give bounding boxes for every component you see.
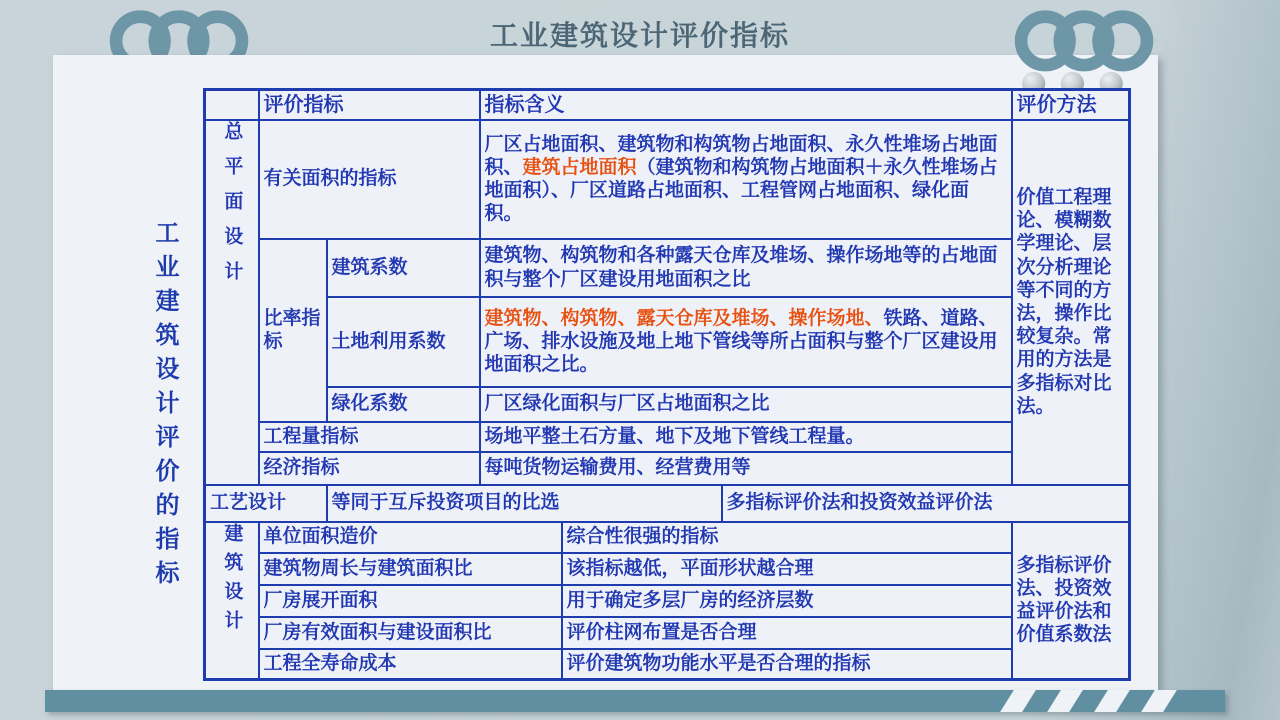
bar-stripe — [1092, 690, 1133, 712]
cell-building-row-indicator: 工程全寿命成本 — [259, 649, 562, 680]
section-label-site-planning: 总平面设计 — [205, 120, 259, 485]
table-row: 厂房展开面积 用于确定多层厂房的经济层数 — [205, 585, 1130, 617]
cell-building-row-indicator: 厂房展开面积 — [259, 585, 562, 617]
cell-ratio-label: 比率指标 — [259, 239, 327, 422]
table-row: 建筑物周长与建筑面积比 该指标越低，平面形状越合理 — [205, 553, 1130, 585]
cell-process-meaning: 等同于互斥投资项目的比选 — [327, 485, 722, 522]
cell-land-use-meaning: 建筑物、构筑物、露天仓库及堆场、操作场地、铁路、道路、广场、排水设施及地上地下管… — [480, 297, 1012, 387]
cell-building-row-meaning: 评价柱网布置是否合理 — [562, 617, 1012, 649]
section-label-building-design: 建筑设计 — [205, 522, 259, 680]
slide: 工业建筑设计评价指标 工业建筑设计评价的指标 — [0, 0, 1280, 720]
cell-building-row-indicator: 建筑物周长与建筑面积比 — [259, 553, 562, 585]
cell-area-indicator: 有关面积的指标 — [259, 120, 480, 239]
cell-area-meaning: 厂区占地面积、建筑物和构筑物占地面积、永久性堆场占地面积、建筑占地面积（建筑物和… — [480, 120, 1012, 239]
table-row: 工艺设计 等同于互斥投资项目的比选 多指标评价法和投资效益评价法 — [205, 485, 1130, 522]
cell-greening-meaning: 厂区绿化面积与厂区占地面积之比 — [480, 387, 1012, 422]
cell-economic-meaning: 每吨货物运输费用、经营费用等 — [480, 452, 1012, 485]
table-row: 土地利用系数 建筑物、构筑物、露天仓库及堆场、操作场地、铁路、道路、广场、排水设… — [205, 297, 1130, 387]
table-row: 工程量指标 场地平整土石方量、地下及地下管线工程量。 — [205, 422, 1130, 452]
bottom-accent-bar — [45, 690, 1225, 712]
bar-stripe — [1139, 690, 1180, 712]
cell-building-row-meaning: 用于确定多层厂房的经济层数 — [562, 585, 1012, 617]
side-vertical-label: 工业建筑设计评价的指标 — [152, 220, 176, 594]
cell-building-row-meaning: 评价建筑物功能水平是否合理的指标 — [562, 649, 1012, 680]
cell-building-row-meaning: 综合性很强的指标 — [562, 522, 1012, 553]
table-header-row: 评价指标 指标含义 评价方法 — [205, 90, 1130, 120]
area-meaning-highlight: 建筑占地面积 — [523, 157, 637, 178]
cell-building-row-indicator: 厂房有效面积与建设面积比 — [259, 617, 562, 649]
bar-stripe — [998, 690, 1039, 712]
evaluation-table: 评价指标 指标含义 评价方法 总平面设计 有关面积的指标 厂区占地面积、建筑物和… — [203, 88, 1131, 681]
cell-site-method: 价值工程理论、模糊数学理论、层次分析理论等不同的方法，操作比较复杂。常用的方法是… — [1012, 120, 1130, 485]
header-meaning: 指标含义 — [480, 90, 1012, 120]
bar-stripe — [1045, 690, 1086, 712]
cell-building-coefficient-meaning: 建筑物、构筑物和各种露天仓库及堆场、操作场地等的占地面积与整个厂区建设用地面积之… — [480, 239, 1012, 297]
cell-economic-indicator: 经济指标 — [259, 452, 480, 485]
table-row: 总平面设计 有关面积的指标 厂区占地面积、建筑物和构筑物占地面积、永久性堆场占地… — [205, 120, 1130, 239]
section-label-process-design: 工艺设计 — [205, 485, 327, 522]
evaluation-table-wrap: 评价指标 指标含义 评价方法 总平面设计 有关面积的指标 厂区占地面积、建筑物和… — [203, 88, 1131, 681]
cell-building-method: 多指标评价法、投资效益评价法和价值系数法 — [1012, 522, 1130, 680]
table-row: 厂房有效面积与建设面积比 评价柱网布置是否合理 — [205, 617, 1130, 649]
header-indicator: 评价指标 — [259, 90, 480, 120]
header-corner-cell — [205, 90, 259, 120]
cell-process-method: 多指标评价法和投资效益评价法 — [722, 485, 1130, 522]
binder-rings-icon — [1012, 8, 1158, 100]
cell-quantity-indicator: 工程量指标 — [259, 422, 480, 452]
table-row: 比率指标 建筑系数 建筑物、构筑物和各种露天仓库及堆场、操作场地等的占地面积与整… — [205, 239, 1130, 297]
cell-building-row-indicator: 单位面积造价 — [259, 522, 562, 553]
cell-greening-indicator: 绿化系数 — [327, 387, 480, 422]
table-row: 建筑设计 单位面积造价 综合性很强的指标 多指标评价法、投资效益评价法和价值系数… — [205, 522, 1130, 553]
cell-building-coefficient-indicator: 建筑系数 — [327, 239, 480, 297]
cell-land-use-indicator: 土地利用系数 — [327, 297, 480, 387]
header-method: 评价方法 — [1012, 90, 1130, 120]
cell-building-row-meaning: 该指标越低，平面形状越合理 — [562, 553, 1012, 585]
table-row: 经济指标 每吨货物运输费用、经营费用等 — [205, 452, 1130, 485]
land-use-meaning-highlight: 建筑物、构筑物、露天仓库及堆场、操作场地、 — [485, 308, 884, 329]
cell-quantity-meaning: 场地平整土石方量、地下及地下管线工程量。 — [480, 422, 1012, 452]
table-row: 工程全寿命成本 评价建筑物功能水平是否合理的指标 — [205, 649, 1130, 680]
table-row: 绿化系数 厂区绿化面积与厂区占地面积之比 — [205, 387, 1130, 422]
